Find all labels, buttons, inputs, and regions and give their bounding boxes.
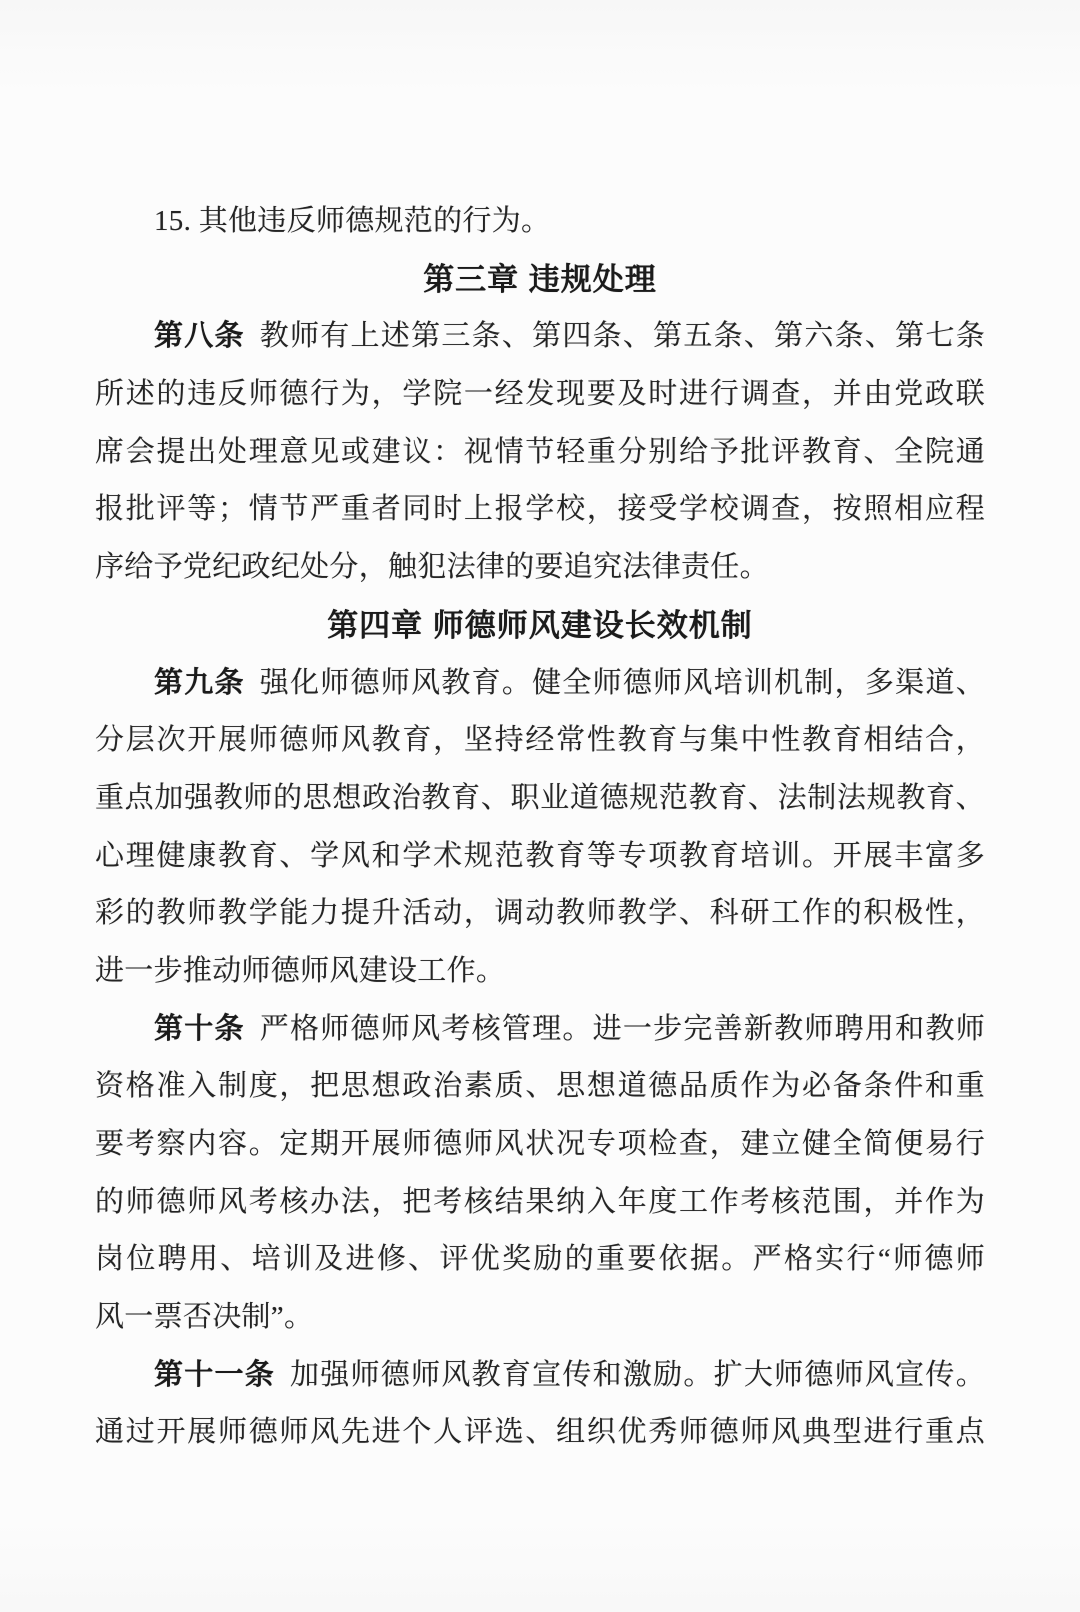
article-10-text: 严格师德师风考核管理。进一步完善新教师聘用和教师 (260, 1013, 985, 1045)
article-8-line-1: 第八条教师有上述第三条、第四条、第五条、第六条、第七条 (95, 308, 985, 366)
list-item-15: 15. 其他违反师德规范的行为。 (95, 193, 985, 251)
article-10-line-6: 风一票否决制”。 (95, 1289, 985, 1347)
scanned-document-page: 15. 其他违反师德规范的行为。 第三章 违规处理 第八条教师有上述第三条、第四… (0, 0, 1080, 1612)
article-9-line-1: 第九条强化师德师风教育。健全师德师风培训机制，多渠道、 (95, 655, 985, 713)
article-11-line-1: 第十一条加强师德师风教育宣传和激励。扩大师德师风宣传。 (95, 1347, 985, 1405)
article-8-line-3: 席会提出处理意见或建议：视情节轻重分别给予批评教育、全院通 (95, 424, 985, 482)
article-9-number: 第九条 (154, 667, 245, 699)
article-10-line-5: 岗位聘用、培训及进修、评优奖励的重要依据。严格实行“师德师 (95, 1231, 985, 1289)
article-10-line-2: 资格准入制度，把思想政治素质、思想道德品质作为必备条件和重 (95, 1058, 985, 1116)
chapter-4-heading: 第四章 师德师风建设长效机制 (95, 597, 985, 655)
article-11-line-2: 通过开展师德师风先进个人评选、组织优秀师德师风典型进行重点 (95, 1404, 985, 1462)
article-10-line-1: 第十条严格师德师风考核管理。进一步完善新教师聘用和教师 (95, 1001, 985, 1059)
article-9-line-4: 心理健康教育、学风和学术规范教育等专项教育培训。开展丰富多 (95, 828, 985, 886)
article-8-line-4: 报批评等；情节严重者同时上报学校，接受学校调查，按照相应程 (95, 481, 985, 539)
article-9-line-3: 重点加强教师的思想政治教育、职业道德规范教育、法制法规教育、 (95, 770, 985, 828)
article-11-text: 加强师德师风教育宣传和激励。扩大师德师风宣传。 (290, 1359, 985, 1391)
article-9-line-2: 分层次开展师德师风教育，坚持经常性教育与集中性教育相结合， (95, 712, 985, 770)
article-9-line-5: 彩的教师教学能力提升活动，调动教师教学、科研工作的积极性， (95, 885, 985, 943)
article-10-number: 第十条 (154, 1013, 245, 1045)
article-10-line-4: 的师德师风考核办法，把考核结果纳入年度工作考核范围，并作为 (95, 1174, 985, 1232)
article-8-text: 教师有上述第三条、第四条、第五条、第六条、第七条 (260, 320, 985, 352)
article-9-text: 强化师德师风教育。健全师德师风培训机制，多渠道、 (260, 667, 985, 699)
article-8-number: 第八条 (154, 320, 245, 352)
chapter-3-heading: 第三章 违规处理 (95, 251, 985, 309)
document-content: 15. 其他违反师德规范的行为。 第三章 违规处理 第八条教师有上述第三条、第四… (95, 193, 985, 1462)
article-8-line-5: 序给予党纪政纪处分，触犯法律的要追究法律责任。 (95, 539, 985, 597)
article-11-number: 第十一条 (154, 1359, 275, 1391)
article-9-line-6: 进一步推动师德师风建设工作。 (95, 943, 985, 1001)
article-8-line-2: 所述的违反师德行为，学院一经发现要及时进行调查，并由党政联 (95, 366, 985, 424)
article-10-line-3: 要考察内容。定期开展师德师风状况专项检查，建立健全简便易行 (95, 1116, 985, 1174)
